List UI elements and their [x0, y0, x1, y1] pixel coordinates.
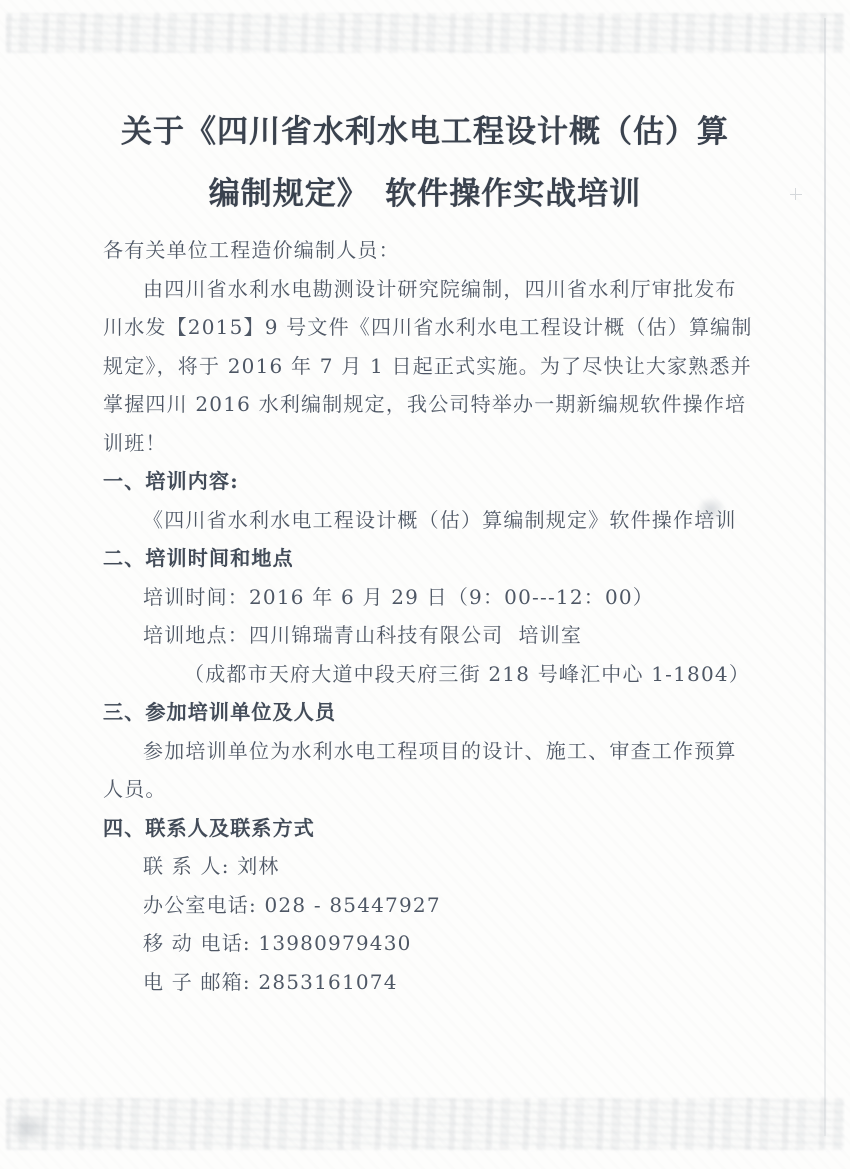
intro-line-3: 规定》，将于 2016 年 7 月 1 日起正式实施。为了尽快让大家熟悉并 — [0, 347, 850, 386]
email-line: 电 子 邮箱: 2853161074 — [0, 963, 850, 1002]
salutation-line: 各有关单位工程造价编制人员： — [0, 231, 850, 270]
scan-smudge-corner — [12, 1115, 46, 1141]
participants-line-1: 参加培训单位为水利水电工程项目的设计、施工、审查工作预算 — [0, 732, 850, 771]
training-venue-line: 培训地点：四川锦瑞青山科技有限公司 培训室 — [0, 616, 850, 655]
participants-line-2: 人员。 — [0, 770, 850, 809]
section-2-heading: 二、培训时间和地点 — [0, 539, 850, 578]
section-4-heading: 四、联系人及联系方式 — [0, 809, 850, 848]
scanned-document-page: 关于《四川省水利水电工程设计概（估）算 编制规定》 软件操作实战培训 各有关单位… — [0, 0, 850, 1169]
scan-noise-bottom — [6, 1098, 844, 1150]
training-time-line: 培训时间：2016 年 6 月 29 日（9：00---12：00） — [0, 578, 850, 617]
document-body: 各有关单位工程造价编制人员： 由四川省水利水电勘测设计研究院编制，四川省水利厅审… — [0, 231, 850, 1001]
scan-smudge — [698, 498, 724, 521]
document-title-line1: 关于《四川省水利水电工程设计概（估）算 — [0, 101, 850, 163]
office-phone-line: 办公室电话: 028 - 85447927 — [0, 886, 850, 925]
scan-edge-line — [824, 18, 826, 1136]
intro-line-2: 川水发【2015】9 号文件《四川省水利水电工程设计概（估）算编制 — [0, 308, 850, 347]
scan-speck — [790, 188, 802, 200]
scan-noise-top — [6, 13, 844, 53]
mobile-phone-line: 移 动 电话: 13980979430 — [0, 924, 850, 963]
venue-address-line: （成都市天府大道中段天府三街 218 号峰汇中心 1-1804） — [0, 655, 850, 694]
intro-line-5: 训班！ — [0, 424, 850, 463]
section-1-heading: 一、培训内容: — [0, 462, 850, 501]
intro-line-4: 掌握四川 2016 水利编制规定，我公司特举办一期新编规软件操作培 — [0, 385, 850, 424]
intro-line-1: 由四川省水利水电勘测设计研究院编制，四川省水利厅审批发布 — [0, 270, 850, 309]
contact-name-line: 联 系 人: 刘林 — [0, 847, 850, 886]
section-3-heading: 三、参加培训单位及人员 — [0, 693, 850, 732]
document-title-line2: 编制规定》 软件操作实战培训 — [0, 163, 850, 225]
